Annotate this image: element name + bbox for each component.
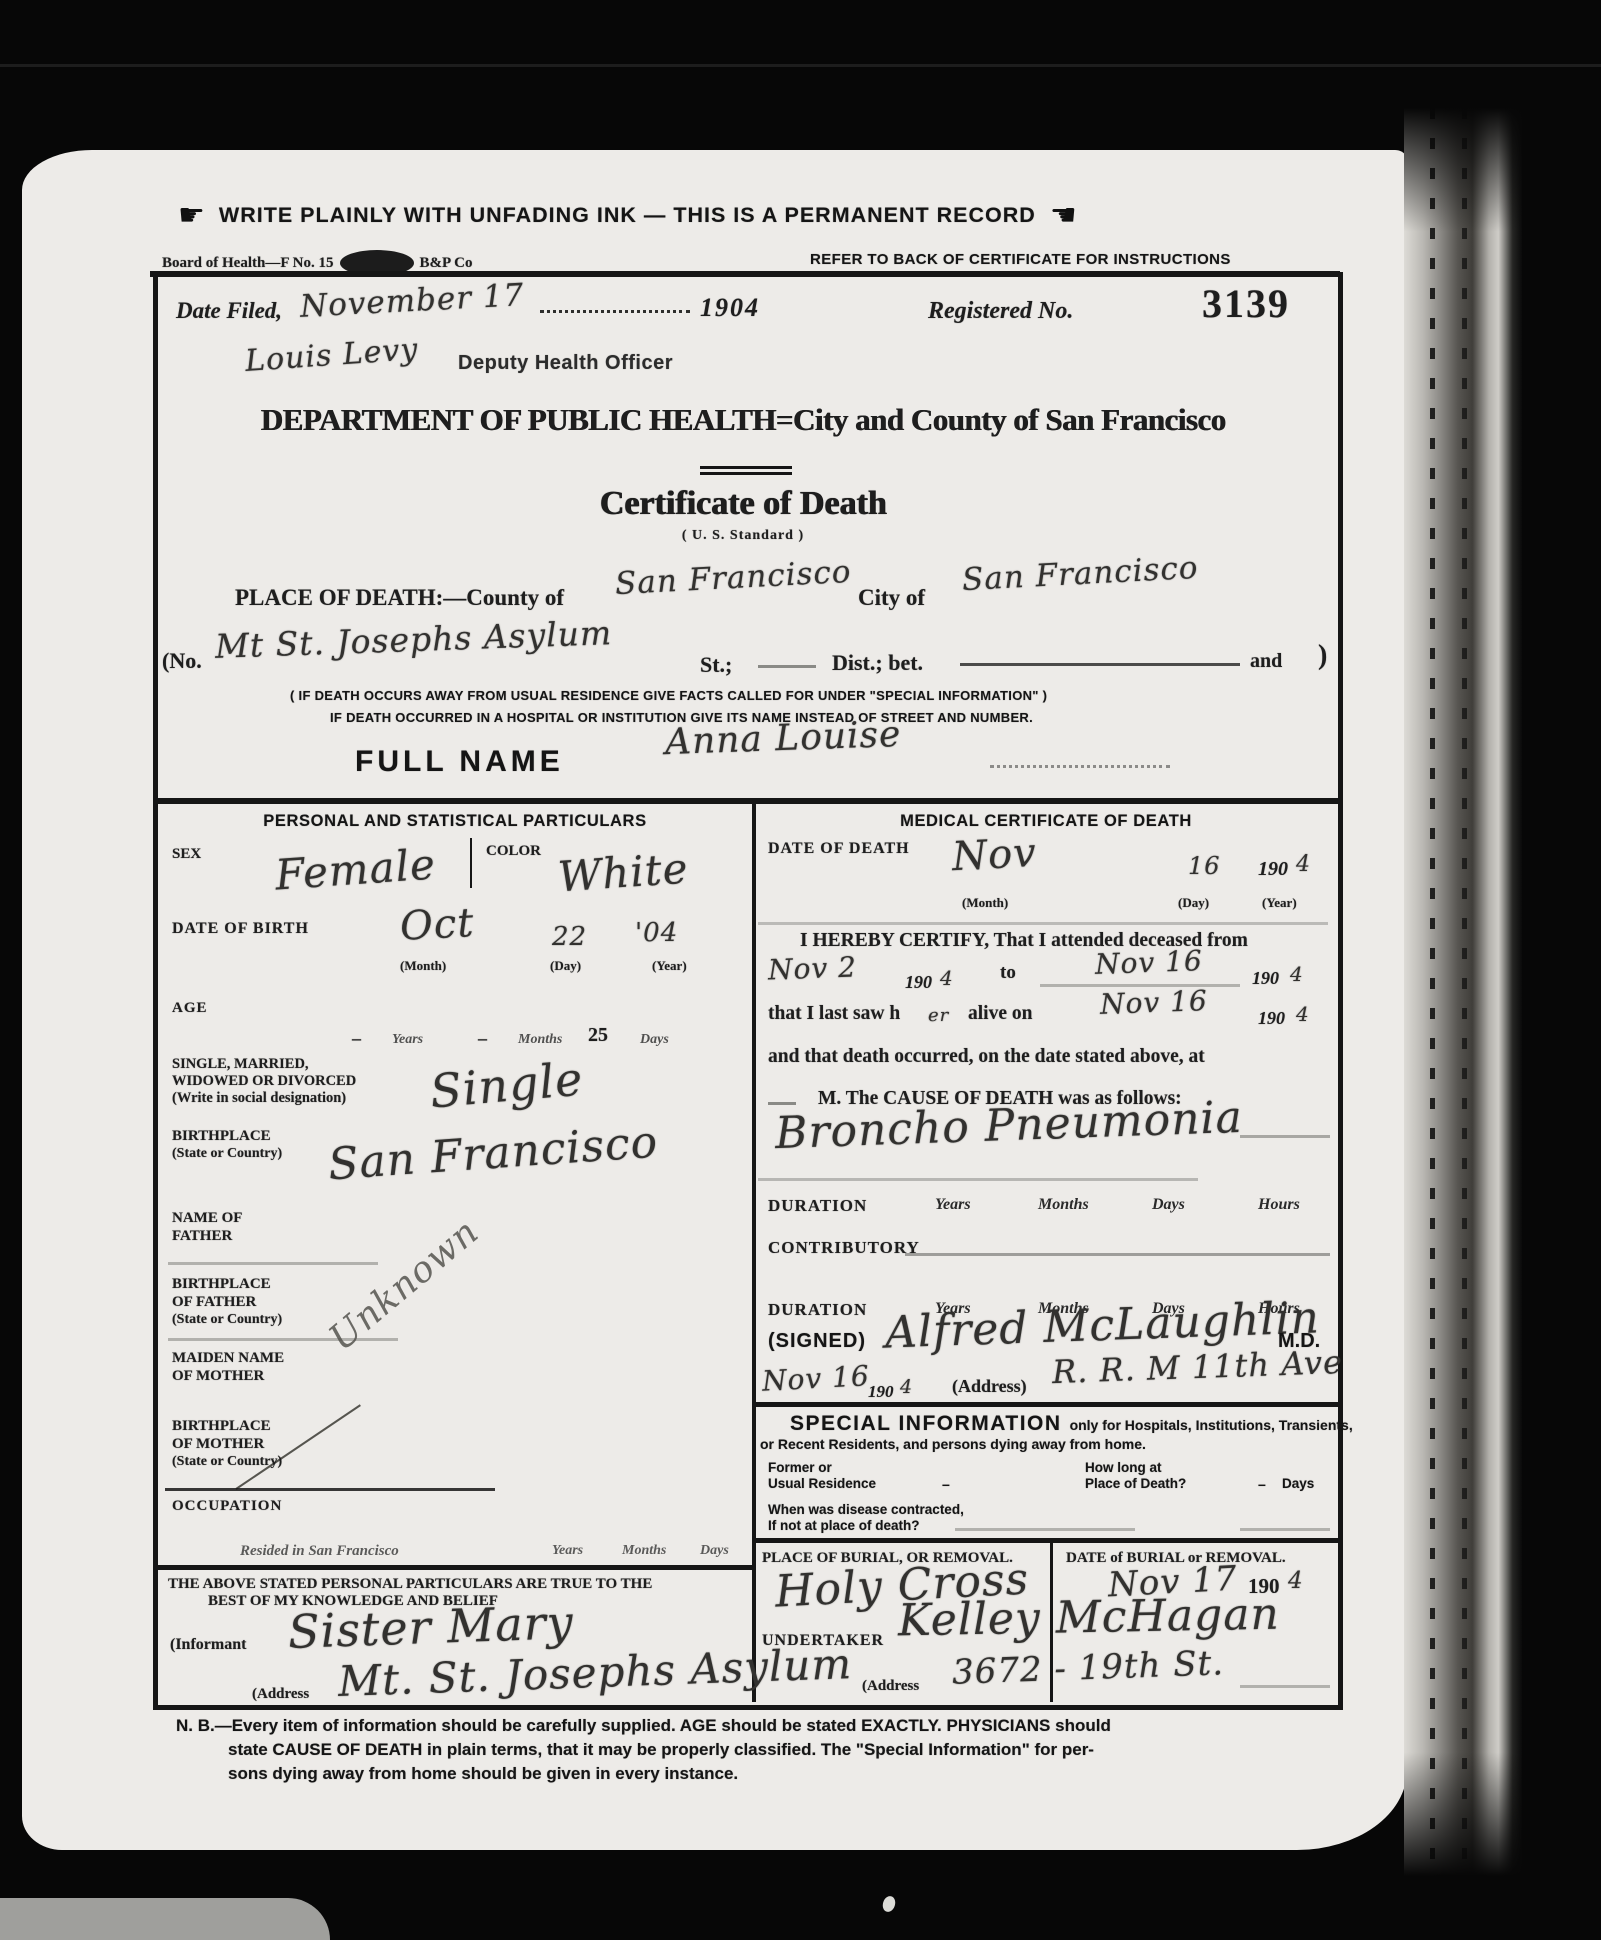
marital-label-2: WIDOWED OR DIVORCED — [172, 1073, 356, 1090]
attended-to-year-digit: 4 — [1290, 962, 1304, 986]
marital-label-3: (Write in social designation) — [172, 1090, 346, 1107]
undertaker-address-line — [1240, 1685, 1330, 1688]
and-label: and — [1250, 650, 1282, 673]
how-long-label-2: Place of Death? — [1085, 1476, 1186, 1491]
registered-no-value: 3139 — [1202, 280, 1290, 327]
duration-hours-caption: Hours — [1258, 1196, 1300, 1214]
attest-divider — [153, 1565, 753, 1570]
contracted-line — [955, 1528, 1135, 1531]
full-name-dots — [990, 765, 1170, 768]
duration2-label: DURATION — [768, 1300, 867, 1320]
attended-from-value: Nov 2 — [767, 950, 857, 986]
sex-label: SEX — [172, 846, 201, 863]
attended-to-value: Nov 16 — [1094, 944, 1203, 981]
age-years-value: – — [352, 1028, 361, 1049]
dob-day: 22 — [552, 922, 587, 952]
father-name-label-1: NAME OF — [172, 1210, 242, 1227]
special-title-suffix: only for Hospitals, Institutions, Transi… — [1070, 1417, 1353, 1433]
resided-years-caption: Years — [552, 1543, 583, 1559]
dust-speck — [881, 1895, 897, 1914]
full-name-label: FULL NAME — [355, 745, 564, 779]
age-months-value: – — [478, 1028, 487, 1049]
medical-section-title: MEDICAL CERTIFICATE OF DEATH — [756, 812, 1336, 831]
dod-month-caption: (Month) — [962, 895, 1008, 911]
attended-from-year-printed: 190 — [905, 972, 932, 993]
dist-label: Dist.; bet. — [832, 650, 923, 676]
signed-address-label: (Address) — [952, 1376, 1027, 1397]
banner-text: WRITE PLAINLY WITH UNFADING INK — THIS I… — [219, 203, 1036, 228]
scan-seam — [0, 64, 1601, 67]
footnote-line-2: state CAUSE OF DEATH in plain terms, tha… — [228, 1740, 1094, 1760]
father-bp-label-1: BIRTHPLACE — [172, 1276, 271, 1293]
residence-note-line1: ( IF DEATH OCCURS AWAY FROM USUAL RESIDE… — [290, 688, 1047, 703]
color-value: White — [556, 844, 689, 902]
dod-day: 16 — [1188, 852, 1221, 880]
resided-days-caption: Days — [700, 1543, 729, 1559]
contracted-label-2: If not at place of death? — [768, 1518, 920, 1533]
us-standard-note: ( U. S. Standard ) — [153, 528, 1333, 544]
full-name-value: Anna Louise — [664, 714, 902, 763]
certificate-title: Certificate of Death — [153, 485, 1333, 523]
age-days-value: 25 — [588, 1024, 608, 1047]
contracted-line2 — [1240, 1528, 1330, 1531]
personal-section-title: PERSONAL AND STATISTICAL PARTICULARS — [158, 812, 752, 831]
st-label: St.; — [700, 652, 732, 678]
mother-name-label-1: MAIDEN NAME — [172, 1350, 284, 1367]
former-residence-value: – — [942, 1476, 950, 1492]
printer-name: B&P Co — [420, 255, 473, 272]
informant-label: (Informant — [170, 1636, 246, 1654]
special-title: SPECIAL INFORMATION — [790, 1412, 1062, 1436]
birthplace-label-2: (State or Country) — [172, 1146, 282, 1162]
duration-label: DURATION — [768, 1196, 867, 1216]
dob-month-caption: (Month) — [400, 958, 446, 974]
father-bp-label-2: OF FATHER — [172, 1294, 256, 1311]
burial-date-year-digit: 4 — [1288, 1568, 1304, 1594]
footnote-line-1: N. B.—Every item of information should b… — [176, 1716, 1111, 1736]
special-title-row: SPECIAL INFORMATION only for Hospitals, … — [790, 1412, 1353, 1436]
former-residence-label-1: Former or — [768, 1460, 832, 1475]
age-label: AGE — [172, 1000, 208, 1017]
health-officer-title: Deputy Health Officer — [458, 352, 673, 375]
color-label: COLOR — [486, 843, 541, 860]
occupation-label: OCCUPATION — [172, 1498, 282, 1515]
last-saw-year-digit: 4 — [1296, 1002, 1310, 1026]
last-saw-year-printed: 190 — [1258, 1008, 1285, 1029]
father-bp-label-3: (State or Country) — [172, 1312, 282, 1328]
burial-divider — [756, 1538, 1338, 1543]
manicule-left-icon: ☚ — [1050, 198, 1077, 233]
undertaker-address-label: (Address — [862, 1678, 919, 1695]
duration-months-caption: Months — [1038, 1196, 1089, 1214]
last-saw-value: Nov 16 — [1099, 984, 1208, 1021]
sex-color-tick — [470, 838, 472, 888]
dob-label: DATE OF BIRTH — [172, 920, 309, 938]
signed-date-value: Nov 16 — [761, 1359, 870, 1398]
mother-bp-label-3: (State or Country) — [172, 1454, 282, 1470]
underlying-page-sliver — [0, 1898, 330, 1940]
to-label: to — [1000, 962, 1016, 984]
father-name-label-2: FATHER — [172, 1228, 232, 1245]
resided-months-caption: Months — [622, 1543, 666, 1559]
signed-label: (SIGNED) — [768, 1330, 866, 1353]
contracted-label-1: When was disease contracted, — [768, 1502, 964, 1517]
date-filed-label: Date Filed, — [176, 298, 282, 324]
signed-date-year-digit: 4 — [900, 1376, 913, 1398]
date-filed-dots — [540, 310, 690, 313]
resided-label: Resided in San Francisco — [240, 1543, 399, 1560]
field-smudge-line — [168, 1262, 378, 1265]
page-stitching-marks — [1462, 108, 1467, 1876]
age-days-caption: Days — [640, 1032, 669, 1048]
attest-line-1: THE ABOVE STATED PERSONAL PARTICULARS AR… — [168, 1576, 652, 1593]
top-rule — [150, 271, 1340, 277]
how-long-label-1: How long at — [1085, 1460, 1162, 1475]
how-long-days-caption: Days — [1282, 1476, 1314, 1491]
dob-year-caption: (Year) — [652, 958, 687, 974]
attended-to-year-printed: 190 — [1252, 968, 1279, 989]
attended-from-year-digit: 4 — [940, 966, 954, 990]
section-divider — [153, 798, 1338, 804]
age-years-caption: Years — [392, 1032, 423, 1048]
last-saw-er: er — [928, 1005, 949, 1026]
cause-smudge-line — [758, 1178, 1198, 1181]
former-residence-label-2: Usual Residence — [768, 1476, 876, 1491]
how-long-dash: – — [1258, 1476, 1266, 1492]
dob-month: Oct — [399, 900, 476, 950]
place-city-label: City of — [858, 585, 925, 611]
signed-date-year-printed: 190 — [868, 1382, 894, 1402]
close-paren: ) — [1318, 640, 1327, 672]
m-dashes — [768, 1102, 796, 1105]
page-stitching-marks — [1430, 108, 1435, 1876]
registered-no-label: Registered No. — [928, 298, 1073, 325]
occupation-rule — [165, 1488, 495, 1491]
duration-years-caption: Years — [935, 1196, 971, 1214]
no-label: (No. — [162, 648, 202, 674]
dod-month: Nov — [951, 830, 1038, 880]
banner: ☛ WRITE PLAINLY WITH UNFADING INK — THIS… — [178, 198, 1058, 233]
scanned-death-certificate: ☛ WRITE PLAINLY WITH UNFADING INK — THIS… — [0, 0, 1601, 1940]
title-divider — [700, 466, 792, 469]
refer-to-back-note: REFER TO BACK OF CERTIFICATE FOR INSTRUC… — [810, 251, 1231, 268]
mother-bp-label-2: OF MOTHER — [172, 1436, 264, 1453]
bet-blank-line — [960, 663, 1240, 666]
dod-year-caption: (Year) — [1262, 895, 1297, 911]
undertaker-label: UNDERTAKER — [762, 1632, 884, 1650]
occurred-line: and that death occurred, on the date sta… — [768, 1046, 1205, 1068]
dod-day-caption: (Day) — [1178, 895, 1209, 911]
mother-bp-label-1: BIRTHPLACE — [172, 1418, 271, 1435]
marital-label-1: SINGLE, MARRIED, — [172, 1056, 309, 1073]
birthplace-label-1: BIRTHPLACE — [172, 1128, 271, 1145]
book-edge-strip — [1404, 108, 1522, 1876]
dob-day-caption: (Day) — [550, 958, 581, 974]
dod-label: DATE OF DEATH — [768, 840, 910, 858]
cause-trailing-dashes — [1240, 1135, 1330, 1138]
last-saw-suffix: alive on — [968, 1003, 1032, 1025]
contributory-label: CONTRIBUTORY — [768, 1238, 920, 1258]
date-filed-year: 1904 — [700, 293, 760, 323]
manicule-right-icon: ☛ — [178, 198, 205, 233]
special-divider — [756, 1402, 1338, 1407]
mother-name-label-2: OF MOTHER — [172, 1368, 264, 1385]
special-title-line2: or Recent Residents, and persons dying a… — [760, 1436, 1146, 1452]
form-id-text: Board of Health—F No. 15 — [162, 255, 334, 272]
department-title: DEPARTMENT OF PUBLIC HEALTH=City and Cou… — [153, 402, 1333, 438]
place-of-death-label: PLACE OF DEATH:—County of — [235, 585, 564, 611]
title-divider — [700, 472, 792, 475]
informant-address-label: (Address — [252, 1686, 309, 1703]
footnote-line-3: sons dying away from home should be give… — [228, 1764, 738, 1784]
medical-smudge-line — [758, 922, 1328, 925]
duration-days-caption: Days — [1152, 1196, 1185, 1214]
dod-year-digit: 4 — [1296, 852, 1311, 877]
last-saw-prefix: that I last saw h — [768, 1003, 900, 1025]
dob-year: '04 — [635, 918, 678, 948]
st-blank-line — [758, 665, 816, 668]
contributory-line — [905, 1253, 1330, 1256]
undertaker-value: Kelley McHagan — [898, 1589, 1281, 1647]
age-months-caption: Months — [518, 1032, 562, 1048]
dod-year-printed: 190 — [1258, 858, 1288, 881]
